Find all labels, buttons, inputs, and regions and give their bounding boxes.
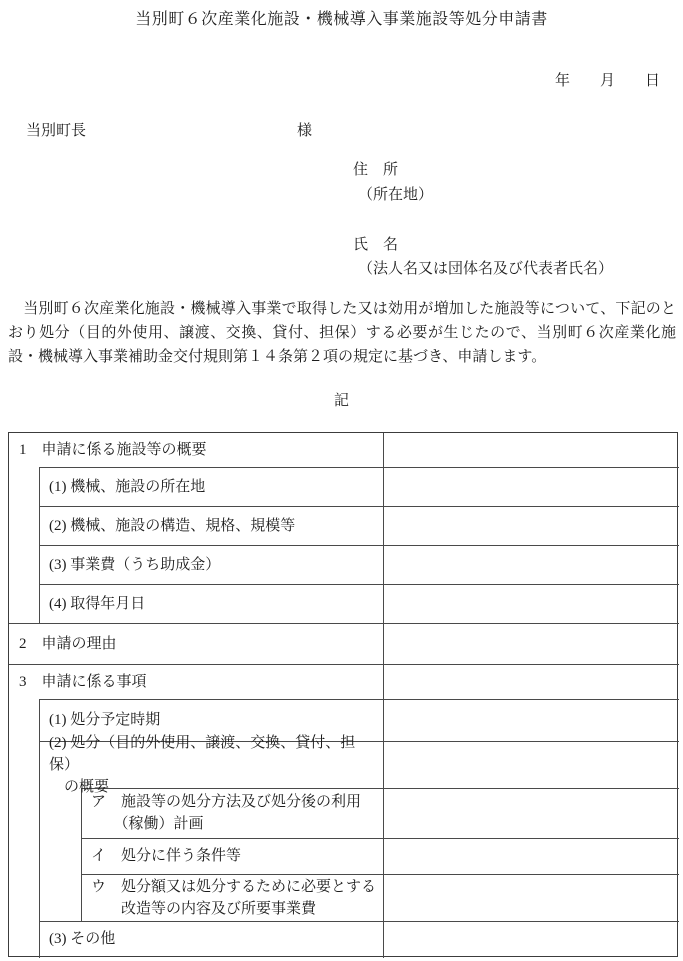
- record-marker: 記: [0, 389, 683, 410]
- value-cell: [385, 741, 677, 788]
- row-label-overview: 1 申請に係る施設等の概要: [19, 433, 377, 467]
- name-label: 氏 名: [353, 233, 398, 254]
- row-label-other: (3) その他: [49, 921, 377, 956]
- value-cell: [385, 545, 677, 584]
- value-cell: [385, 838, 677, 874]
- application-form-page: 当別町６次産業化施設・機械導入事業施設等処分申請書 年 月 日 当別町長 様 住…: [0, 0, 683, 961]
- row-label-reason: 2 申請の理由: [19, 623, 377, 664]
- document-title: 当別町６次産業化施設・機械導入事業施設等処分申請書: [0, 6, 683, 29]
- row-label-cost: (3) 事業費（うち助成金）: [49, 545, 377, 584]
- value-cell: [385, 699, 677, 741]
- indent-line-sublevel: [81, 788, 82, 921]
- indent-line-section3: [39, 699, 40, 958]
- value-cell: [385, 664, 677, 699]
- value-cell: [385, 584, 677, 623]
- value-column-divider: [383, 433, 384, 958]
- row-label-acquisition-date: (4) 取得年月日: [49, 584, 377, 623]
- row-label-structure: (2) 機械、施設の構造、規格、規模等: [49, 506, 377, 545]
- address-note: （所在地）: [358, 183, 433, 204]
- row-label-application-matters: 3 申請に係る事項: [19, 664, 377, 699]
- value-cell: [385, 874, 677, 921]
- row-label-disposal-conditions: イ 処分に伴う条件等: [91, 838, 379, 874]
- value-cell: [385, 623, 677, 664]
- body-paragraph: 当別町６次産業化施設・機械導入事業で取得した又は効用が増加した施設等について、下…: [8, 297, 676, 369]
- application-table: 1 申請に係る施設等の概要 (1) 機械、施設の所在地 (2) 機械、施設の構造…: [8, 432, 678, 957]
- row-label-disposal-outline: (2) 処分（目的外使用、譲渡、交換、貸付、担保） の概要: [49, 741, 379, 788]
- value-cell: [385, 433, 677, 467]
- honorific-sama: 様: [297, 119, 312, 140]
- date-line: 年 月 日: [555, 69, 660, 90]
- value-cell: [385, 921, 677, 956]
- value-cell: [385, 788, 677, 838]
- value-cell: [385, 506, 677, 545]
- row-label-location: (1) 機械、施設の所在地: [49, 467, 377, 506]
- value-cell: [385, 467, 677, 506]
- recipient-name: 当別町長: [26, 119, 86, 140]
- name-note: （法人名又は団体名及び代表者氏名）: [358, 257, 613, 278]
- row-label-disposal-method: ア 施設等の処分方法及び処分後の利用 （稼働）計画: [91, 788, 379, 838]
- address-label: 住 所: [353, 158, 398, 179]
- row-label-disposal-amount: ウ 処分額又は処分するために必要とする 改造等の内容及び所要事業費: [91, 874, 379, 921]
